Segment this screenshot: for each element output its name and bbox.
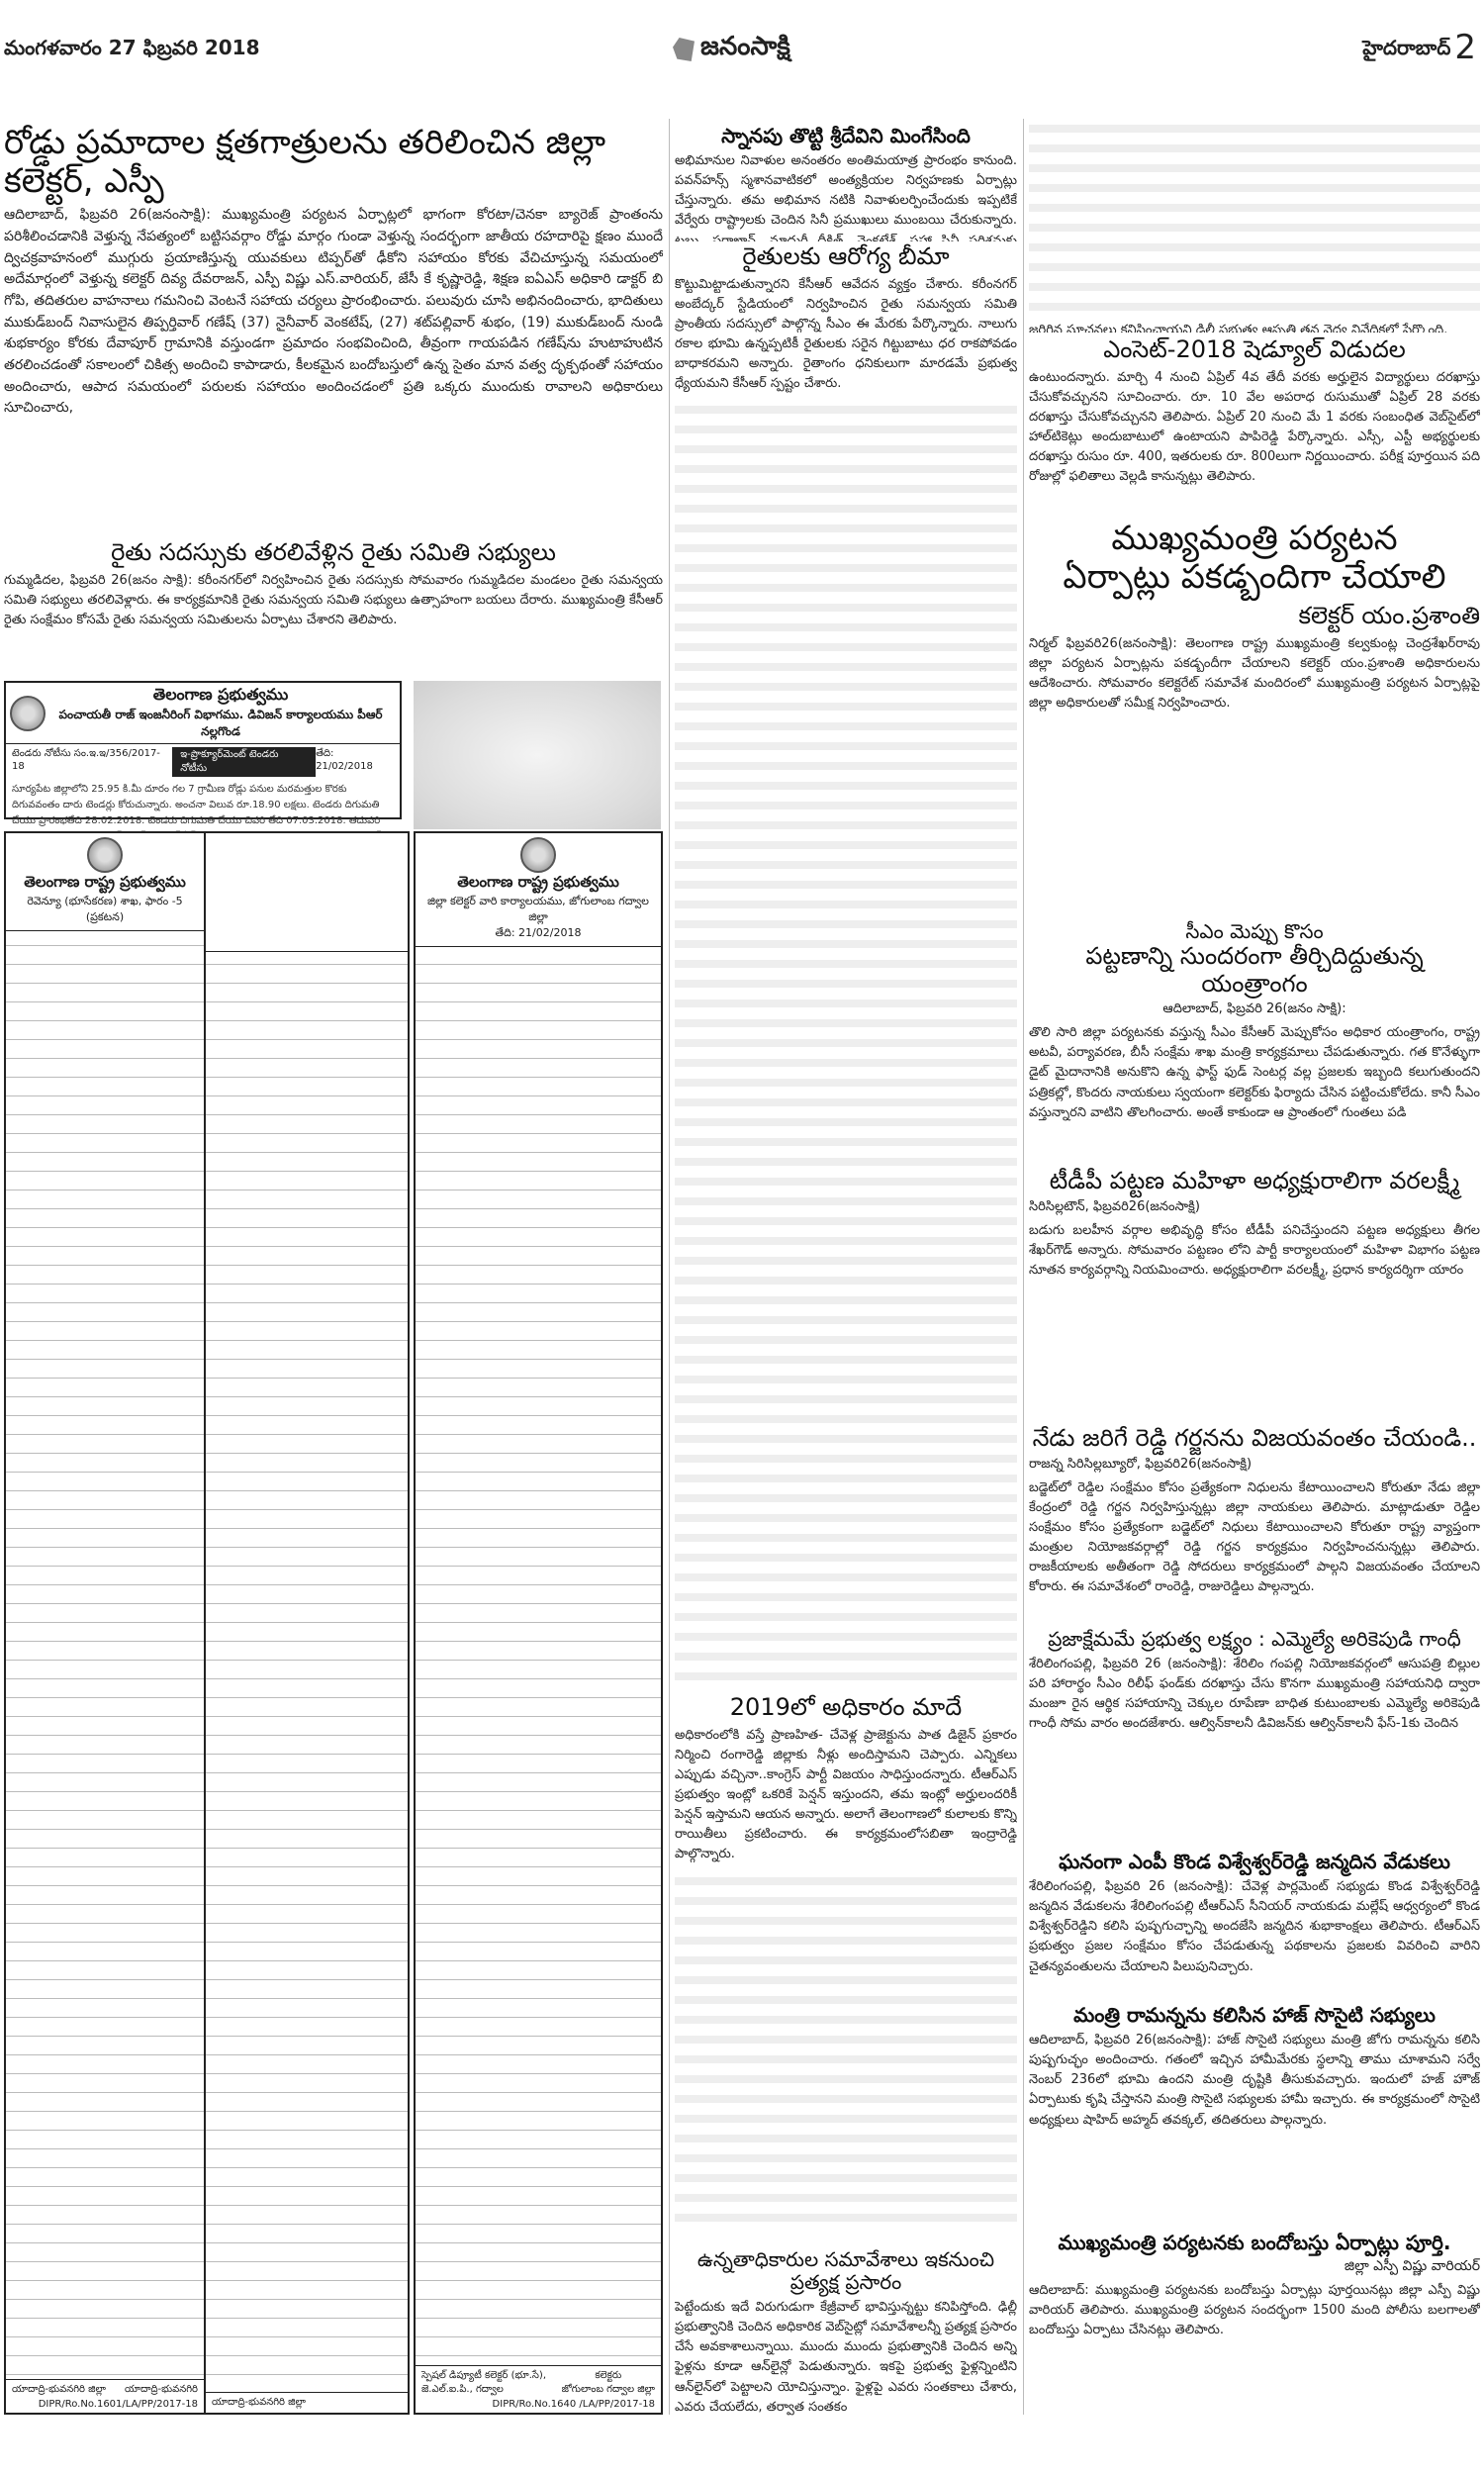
headline: టీడీపీ పట్టణ మహిళా అధ్యక్షురాలిగా వరలక్ష… xyxy=(1029,1168,1480,1195)
article-cm-tour: ముఖ్యమంత్రి పర్యటన ఏర్పాట్లు పకడ్బందిగా … xyxy=(1029,520,1480,915)
article-reddy-garjana: నేడు జరిగే రెడ్డి గర్జనను విజయవంతం చేయండ… xyxy=(1029,1425,1480,1623)
body-text: ముఖ్యమంత్రి పర్యటనకు బందోబస్తు ఏర్పాట్లు… xyxy=(1029,2283,1480,2337)
ad-title: తెలంగాణ రాష్ట్ర ప్రభుత్వము xyxy=(10,873,200,895)
ad-land-acquisition-yadadri: తెలంగాణ రాష్ట్ర ప్రభుత్వము రెవెన్యూ (భూస… xyxy=(4,831,206,2415)
headline: రోడ్డు ప్రమాదాల క్షతగాత్రులను తరిలించిన … xyxy=(4,124,663,201)
body-text: తొలి సారి జిల్లా పర్యటనకు వస్తున్న సీఎం … xyxy=(1029,1023,1480,1123)
headline: ఎంసెట్-2018 షెడ్యూల్ విడుదల xyxy=(1029,336,1480,364)
dateline: ఆదిలాబాద్, ఫిబ్రవరి 26(జనంసాక్షి): xyxy=(1029,2033,1211,2047)
ad-subtitle: పంచాయతీ రాజ్ ఇంజనీరింగ్ విభాగము. డివిజన్… xyxy=(46,708,396,741)
article-bandobast: ముఖ్యమంత్రి పర్యటనకు బందోబస్తు ఏర్పాట్లు… xyxy=(1029,2232,1480,2429)
body-text: కొట్టుమిట్టాడుతున్నారని కేసీఆర్ ఆవేదన వ్… xyxy=(675,275,1017,395)
body-text: జరిగిన సూచనలు కనిపించాయని ఢిల్లీ ప్రభుత్… xyxy=(1029,321,1480,333)
city-name: హైదరాబాద్ xyxy=(1362,36,1450,59)
article-raithu-bima: రైతులకు ఆరోగ్య బీమా కొట్టుమిట్టాడుతున్నా… xyxy=(675,243,1017,1688)
body-text: ఉంటుందన్నారు. మార్చి 4 నుంచి ఏప్రిల్ 4వ … xyxy=(1029,368,1480,488)
body-text: బడుగు బలహీన వర్గాల అభివృద్ధి కోసం టీడీపీ… xyxy=(1029,1221,1480,1281)
dateline: గుమ్మడిదల, ఫిబ్రవరి 26(జనం సాక్షి): xyxy=(4,573,192,588)
page-number: 2 xyxy=(1454,28,1476,67)
notice-banner: ఇ-ప్రొక్యూర్‌మెంట్ టెండరు నోటీసు xyxy=(172,747,316,777)
article-body: శేరిలింగంపల్లి, ఫిబ్రవరి 26 (జనంసాక్షి):… xyxy=(1029,1877,1480,1977)
headline: ఘనంగా ఎంపీ కొండ విశ్వేశ్వర్‌రెడ్డి జన్మద… xyxy=(1029,1851,1480,1873)
headline: స్నానపు తొట్టి శ్రీదేవిని మింగేసింది xyxy=(675,125,1017,147)
telangana-seal-icon xyxy=(10,696,46,731)
ad-panchayat-tender: తెలంగాణ ప్రభుత్వము పంచాయతీ రాజ్ ఇంజనీరిం… xyxy=(4,681,402,819)
dateline: శేరిలింగంపల్లి, ఫిబ్రవరి 26 (జనంసాక్షి): xyxy=(1029,1879,1233,1894)
body-text: పెట్టేందుకు ఇదే విరుగుడుగా కేజ్రీవాల్ భా… xyxy=(675,2298,1017,2418)
byline: జిల్లా ఎస్పీ విష్ణు వారియర్ xyxy=(1029,2258,1480,2277)
ad-subtitle: రెవెన్యూ (భూసేకరణ) శాఖ, ఫారం -5 (ప్రకటన) xyxy=(10,895,200,926)
dateline: ఆదిలాబాద్, ఫిబ్రవరి 26(జనం సాక్షి): xyxy=(1029,1001,1480,1019)
telangana-seal-icon xyxy=(87,837,123,873)
headline-line-2: పట్టణాన్ని సుందరంగా తీర్చిదిద్దుతున్న యం… xyxy=(1029,943,1480,998)
ad-land-acquisition-yadadri-cont: యాదాద్రి-భువనగిరి జిల్లా xyxy=(206,831,410,2415)
headline-line-2: ఏర్పాట్లు పకడ్బందిగా చేయాలి xyxy=(1029,558,1480,597)
newspaper-logo: జనంసాక్షి xyxy=(673,32,790,67)
ad-subtitle: జిల్లా కలెక్టర్ వారి కార్యాలయము, జోగులాం… xyxy=(419,895,657,926)
headline: నేడు జరిగే రెడ్డి గర్జనను విజయవంతం చేయండ… xyxy=(1029,1425,1480,1453)
dipr-number: DIPR/Ro.No.1640 /LA/PP/2017-18 xyxy=(421,2399,655,2410)
article-body: గుమ్మడిదల, ఫిబ్రవరి 26(జనం సాక్షి): కరీం… xyxy=(4,571,663,630)
body-text: అభిమానుల నివాళుల అనంతరం అంతిమయాత్ర ప్రార… xyxy=(675,151,1017,241)
headline: ఉన్నతాధికారుల సమావేశాలు ఇకనుంచి ప్రత్యక్… xyxy=(675,2248,1017,2294)
headline: 2019లో అధికారం మాదే xyxy=(675,1694,1017,1722)
telangana-seal-icon xyxy=(520,837,556,873)
column-rule xyxy=(669,119,670,2415)
blank-image-placeholder xyxy=(414,681,661,829)
article-body: ఆదిలాబాద్, ఫిబ్రవరి 26(జనంసాక్షి): హాజ్ … xyxy=(1029,2031,1480,2131)
ad-title: తెలంగాణ రాష్ట్ర ప్రభుత్వము xyxy=(419,873,657,895)
article-collector-sp: రోడ్డు ప్రమాదాల క్షతగాత్రులను తరిలించిన … xyxy=(4,124,663,539)
logo-emblem-icon xyxy=(673,38,695,61)
headline: రైతు సదస్సుకు తరలివేళ్లిన రైతు సమితి సభ్… xyxy=(4,539,663,567)
article-body: ఆదిలాబాద్: ముఖ్యమంత్రి పర్యటనకు బందోబస్త… xyxy=(1029,2281,1480,2340)
body-text-continued xyxy=(675,400,1017,1686)
body-text: బడ్జెట్‌లో రెడ్డిల సంక్షేమం కోసం ప్రత్యే… xyxy=(1029,1478,1480,1598)
subhead: కలెక్టర్ యం.ప్రశాంతి xyxy=(1029,603,1480,630)
ad-title: తెలంగాణ ప్రభుత్వము xyxy=(46,685,396,708)
dipr-number: DIPR/Ro.No.1601/LA/PP/2017-18 xyxy=(12,2399,198,2410)
dateline: నిర్మల్ ఫిబ్రవరి26(జనంసాక్షి): xyxy=(1029,636,1177,651)
article-body: నిర్మల్ ఫిబ్రవరి26(జనంసాక్షి): తెలంగాణ ర… xyxy=(1029,634,1480,714)
ad-land-acquisition-gadwal: తెలంగాణ రాష్ట్ర ప్రభుత్వము జిల్లా కలెక్ట… xyxy=(414,831,663,2415)
masthead: మంగళవారం 27 ఫిబ్రవరి 2018 జనంసాక్షి హైదర… xyxy=(0,0,1484,65)
edition-city: హైదరాబాద్2 xyxy=(1362,28,1476,67)
article-body: శేరిలింగంపల్లి, ఫిబ్రవరి 26 (జనంసాక్షి):… xyxy=(1029,1655,1480,1735)
logo-text: జనంసాక్షి xyxy=(700,32,790,67)
headline: ప్రజాక్షేమమే ప్రభుత్వ లక్ష్యం : ఎమ్మెల్య… xyxy=(1029,1628,1480,1651)
article-cm-meppu: సీఎం మెప్పు కొసం పట్టణాన్ని సుందరంగా తీర… xyxy=(1029,920,1480,1168)
dateline: శేరిలింగంపల్లి, ఫిబ్రవరి 26 (జనంసాక్షి): xyxy=(1029,1657,1227,1671)
article-body: ఆదిలాబాద్, ఫిబ్రవరి 26(జనంసాక్షి): ముఖ్య… xyxy=(4,205,663,420)
ad-date: తేది: 21/02/2018 xyxy=(419,926,657,942)
body-text-continued xyxy=(675,1871,1017,2228)
body-text: అధికారంలోకి వస్తే ప్రాణహిత- చేవెళ్ల ప్రా… xyxy=(675,1726,1017,1865)
article-konda-birthday: ఘనంగా ఎంపీ కొండ విశ్వేశ్వర్‌రెడ్డి జన్మద… xyxy=(1029,1851,1480,1999)
article-eamcet: ఎంసెట్-2018 షెడ్యూల్ విడుదల ఉంటుందన్నారు… xyxy=(1029,336,1480,515)
dateline: ఆదిలాబాద్: xyxy=(1029,2283,1089,2298)
article-tdp-mahila: టీడీపీ పట్టణ మహిళా అధ్యక్షురాలిగా వరలక్ష… xyxy=(1029,1168,1480,1415)
headline: ముఖ్యమంత్రి పర్యటనకు బందోబస్తు ఏర్పాట్లు… xyxy=(1029,2232,1480,2254)
article-sridevi-continued: జరిగిన సూచనలు కనిపించాయని ఢిల్లీ ప్రభుత్… xyxy=(1029,119,1480,333)
article-haj-society: మంత్రి రామన్నను కలిసిన హాజ్ సొసైటి సభ్యు… xyxy=(1029,2004,1480,2227)
column-rule xyxy=(1023,119,1024,2415)
article-kcr-2019: 2019లో అధికారం మాదే అధికారంలోకి వస్తే ప్… xyxy=(675,1694,1017,2248)
dateline: సిరిసిల్లటౌన్, ఫిబ్రవరి26(జనంసాక్షి) xyxy=(1029,1199,1480,1217)
article-raithu-sadassu: రైతు సదస్సుకు తరలివేళ్లిన రైతు సమితి సభ్… xyxy=(4,539,663,648)
headline-line-1: సీఎం మెప్పు కొసం xyxy=(1029,920,1480,943)
notice-number: టెండరు నోటీసు సం.ఇ.ఇ/356/2017-18 xyxy=(12,747,172,777)
article-sridevi: స్నానపు తొట్టి శ్రీదేవిని మింగేసింది అభి… xyxy=(675,125,1017,241)
article-live-telecast: ఉన్నతాధికారుల సమావేశాలు ఇకనుంచి ప్రత్యక్… xyxy=(675,2248,1017,2427)
article-arikepudi: ప్రజాక్షేమమే ప్రభుత్వ లక్ష్యం : ఎమ్మెల్య… xyxy=(1029,1628,1480,1846)
body-text: ముఖ్యమంత్రి పర్యటన ఏర్పాట్లలో భాగంగా కోర… xyxy=(4,207,663,416)
headline: రైతులకు ఆరోగ్య బీమా xyxy=(675,243,1017,271)
dateline: రాజన్న సిరిసిల్లబ్యూరో, ఫిబ్రవరి26(జనంసా… xyxy=(1029,1457,1480,1475)
headline: మంత్రి రామన్నను కలిసిన హాజ్ సొసైటి సభ్యు… xyxy=(1029,2004,1480,2027)
headline-line-1: ముఖ్యమంత్రి పర్యటన xyxy=(1029,520,1480,558)
issue-date: మంగళవారం 27 ఫిబ్రవరి 2018 xyxy=(4,36,260,64)
dateline: ఆదిలాబాద్, ఫిబ్రవరి 26(జనంసాక్షి): xyxy=(4,207,211,223)
notice-date: తేది: 21/02/2018 xyxy=(316,747,394,777)
